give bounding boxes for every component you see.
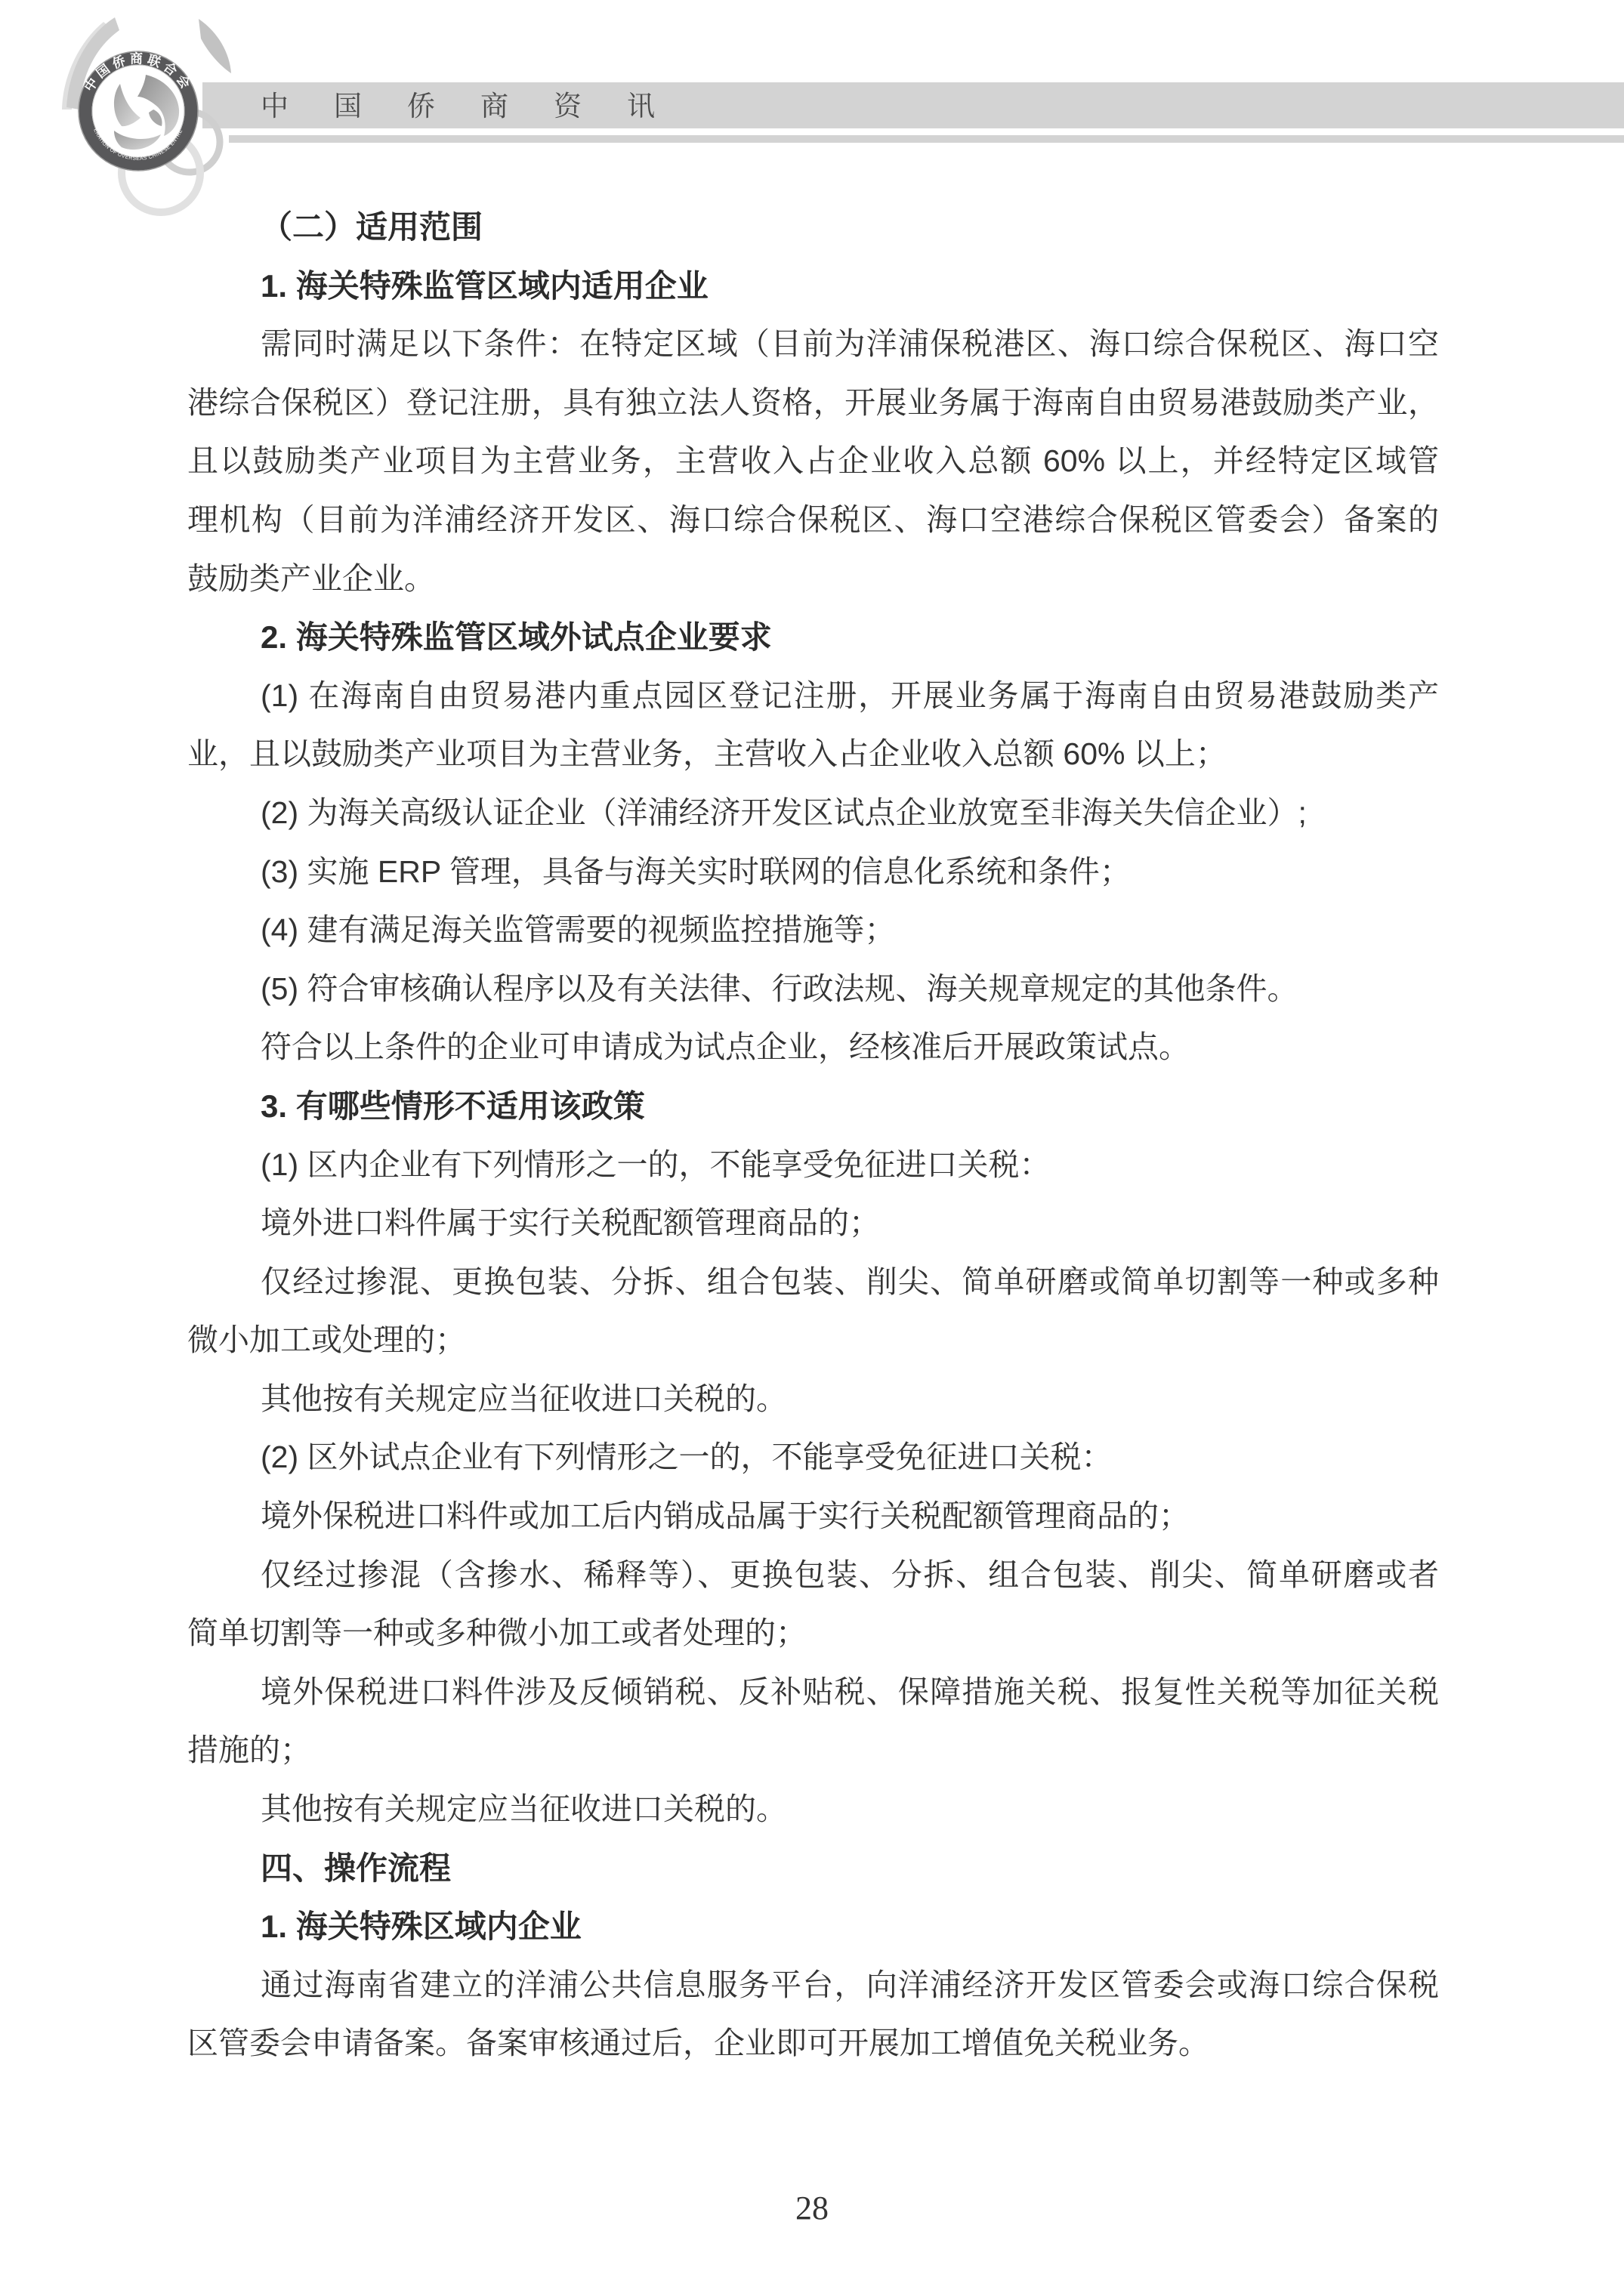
heading-out-zone: 2. 海关特殊监管区域外试点企业要求 — [187, 608, 1439, 667]
heading-exclusions: 3. 有哪些情形不适用该政策 — [187, 1077, 1439, 1136]
paragraph-line: (3) 实施 ERP 管理，具备与海关实时联网的信息化系统和条件； — [187, 843, 1439, 902]
paragraph-line: 仅经过掺混、更换包装、分拆、组合包装、削尖、简单研磨或简单切割等一种或多种 — [187, 1253, 1439, 1312]
paragraph-line: 理机构（目前为洋浦经济开发区、海口综合保税区、海口空港综合保税区管委会）备案的 — [187, 491, 1439, 550]
paragraph-line: 其他按有关规定应当征收进口关税的。 — [187, 1370, 1439, 1429]
paragraph-line: (1) 区内企业有下列情形之一的，不能享受免征进口关税： — [187, 1136, 1439, 1195]
paragraph-line: 符合以上条件的企业可申请成为试点企业，经核准后开展政策试点。 — [187, 1018, 1439, 1077]
paragraph-line: 微小加工或处理的； — [187, 1311, 1439, 1370]
paragraph-line: 且以鼓励类产业项目为主营业务，主营收入占企业收入总额 60% 以上，并经特定区域… — [187, 432, 1439, 491]
paragraph-line: (2) 区外试点企业有下列情形之一的，不能享受免征进口关税： — [187, 1428, 1439, 1487]
paragraph-line: 通过海南省建立的洋浦公共信息服务平台，向洋浦经济开发区管委会或海口综合保税 — [187, 1956, 1439, 2015]
paragraph-line: 业，且以鼓励类产业项目为主营业务，主营收入占企业收入总额 60% 以上； — [187, 725, 1439, 784]
heading-in-zone: 1. 海关特殊监管区域内适用企业 — [187, 257, 1439, 316]
page-number: 28 — [0, 2189, 1624, 2227]
document-page: 中国侨商资讯 中国侨商联合会 CHINA FEDERATION OF OVERS… — [0, 0, 1624, 2293]
paragraph-line: 仅经过掺混（含掺水、稀释等）、更换包装、分拆、组合包装、削尖、简单研磨或者 — [187, 1546, 1439, 1605]
paragraph-line: (5) 符合审核确认程序以及有关法律、行政法规、海关规章规定的其他条件。 — [187, 960, 1439, 1019]
heading-procedure: 四、操作流程 — [187, 1839, 1439, 1898]
paragraph-line: 境外保税进口料件或加工后内销成品属于实行关税配额管理商品的； — [187, 1487, 1439, 1546]
document-body: （二）适用范围 1. 海关特殊监管区域内适用企业 需同时满足以下条件：在特定区域… — [187, 198, 1439, 2073]
header-title: 中国侨商资讯 — [261, 82, 700, 128]
paragraph-line: 区管委会申请备案。备案审核通过后，企业即可开展加工增值免关税业务。 — [187, 2014, 1439, 2073]
paragraph-line: 鼓励类产业企业。 — [187, 550, 1439, 609]
paragraph-line: 简单切割等一种或多种微小加工或者处理的； — [187, 1604, 1439, 1663]
paragraph-line: 境外进口料件属于实行关税配额管理商品的； — [187, 1194, 1439, 1253]
paragraph-line: (1) 在海南自由贸易港内重点园区登记注册，开展业务属于海南自由贸易港鼓励类产 — [187, 667, 1439, 726]
paragraph-line: 港综合保税区）登记注册，具有独立法人资格，开展业务属于海南自由贸易港鼓励类产业， — [187, 374, 1439, 433]
paragraph-line: 境外保税进口料件涉及反倾销税、反补贴税、保障措施关税、报复性关税等加征关税 — [187, 1663, 1439, 1722]
paragraph-line: (4) 建有满足海关监管需要的视频监控措施等； — [187, 901, 1439, 960]
heading-procedure-inzone: 1. 海关特殊区域内企业 — [187, 1897, 1439, 1956]
heading-scope: （二）适用范围 — [187, 198, 1439, 257]
paragraph-line: 其他按有关规定应当征收进口关税的。 — [187, 1780, 1439, 1839]
paragraph-line: 需同时满足以下条件：在特定区域（目前为洋浦保税港区、海口综合保税区、海口空 — [187, 315, 1439, 374]
paragraph-line: 措施的； — [187, 1721, 1439, 1780]
header-banner-underline — [229, 135, 1624, 143]
paragraph-line: (2) 为海关高级认证企业（洋浦经济开发区试点企业放宽至非海关失信企业）; — [187, 784, 1439, 843]
logo-leaf-top-right — [199, 19, 231, 73]
